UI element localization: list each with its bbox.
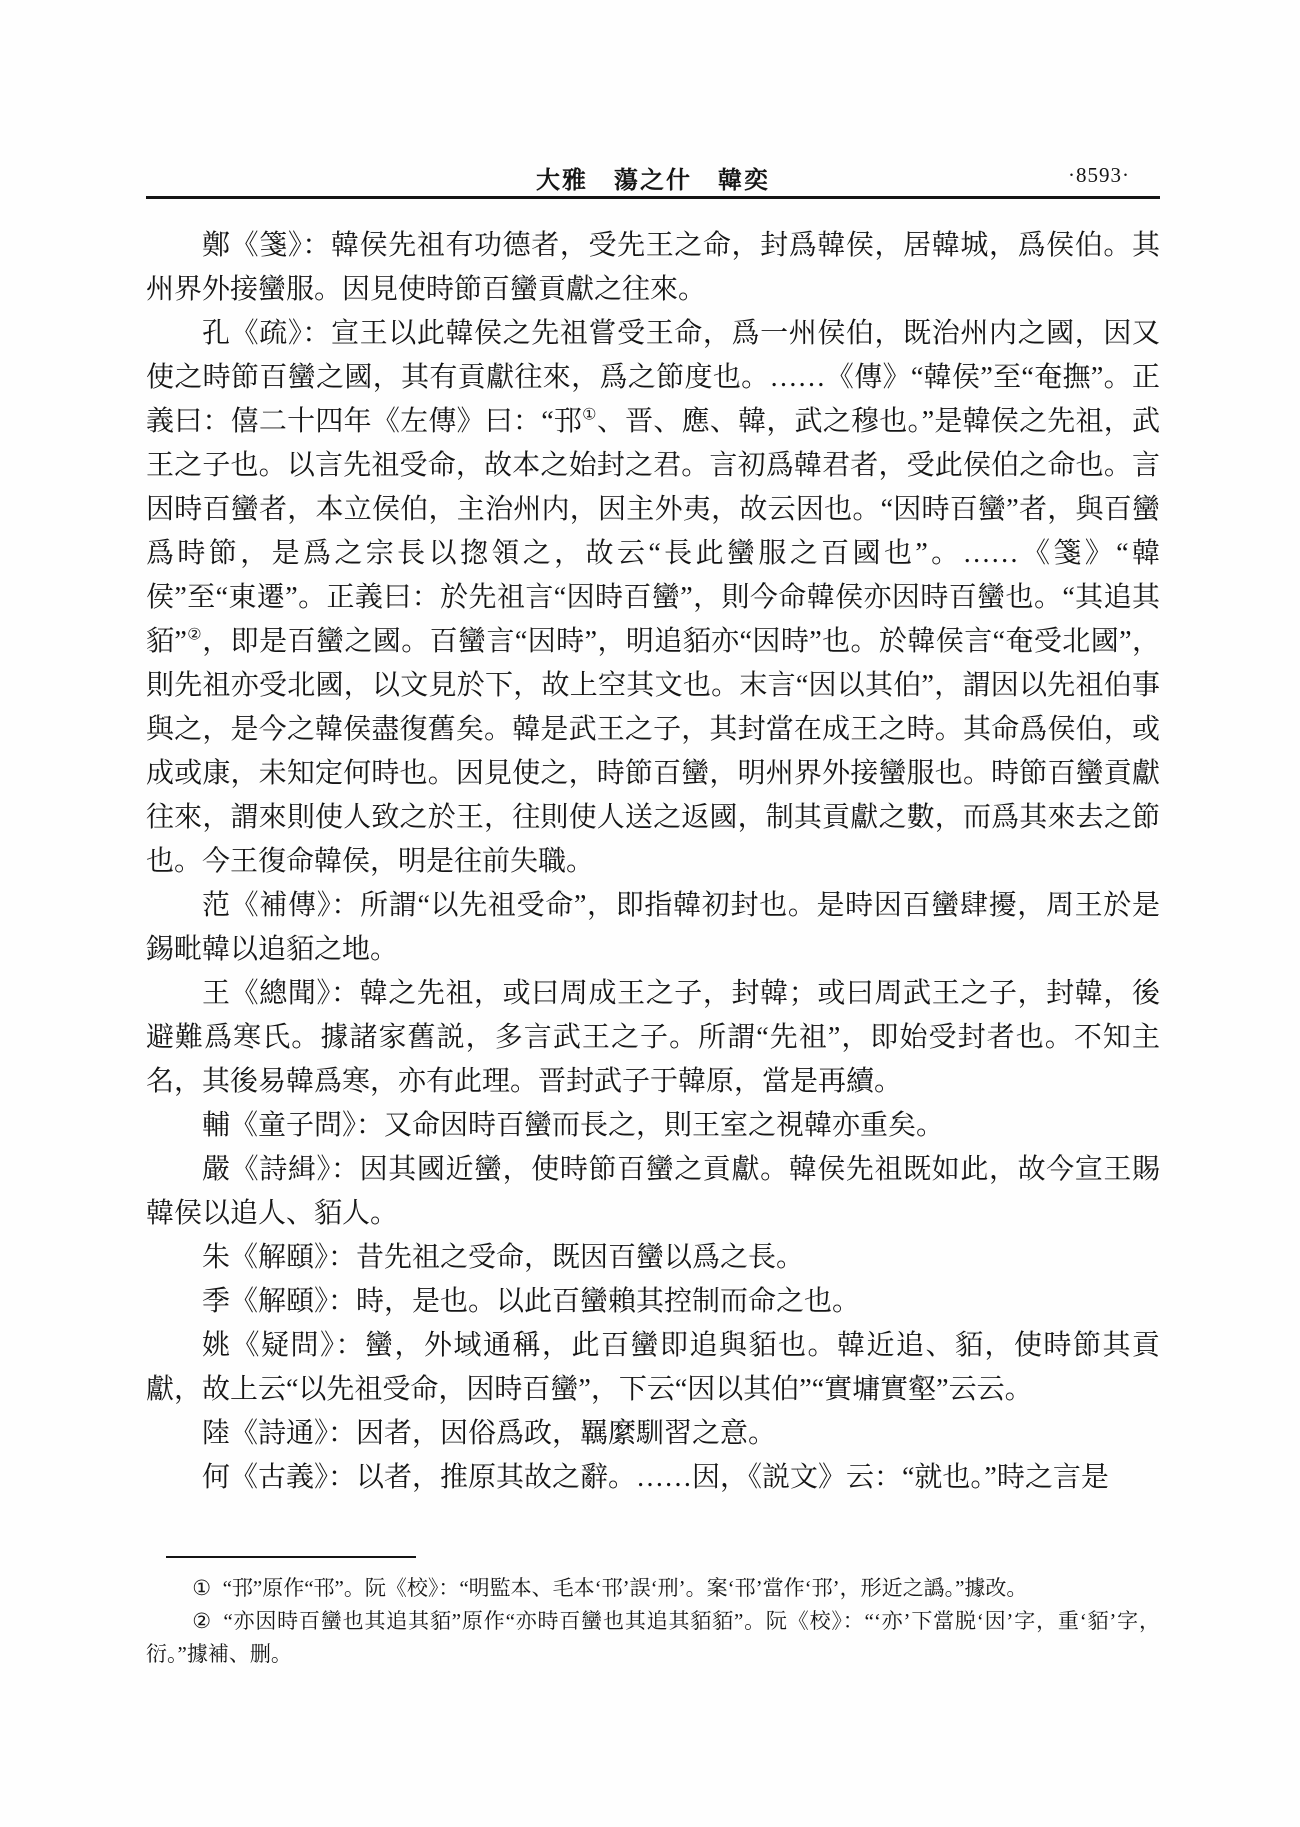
footnote-ref: ②: [187, 626, 202, 644]
footnote: ①“邘”原作“邗”。阮《校》：“明監本、毛本‘邗’誤‘刑’。案‘邗’當作‘邘’，…: [146, 1572, 1160, 1605]
paragraph: 姚《疑問》：蠻，外域通稱，此百蠻即追與貊也。韓近追、貊，使時節其貢獻，故上云“以…: [146, 1324, 1160, 1412]
page-number: ·8593·: [1068, 163, 1130, 188]
body-paragraphs: 鄭《箋》：韓侯先祖有功德者，受先王之命，封爲韓侯，居韓城，爲侯伯。其州界外接蠻服…: [146, 224, 1160, 1500]
footnote-section: ①“邘”原作“邗”。阮《校》：“明監本、毛本‘邗’誤‘刑’。案‘邗’當作‘邘’，…: [146, 1556, 1160, 1671]
paragraph: 朱《解頤》：昔先祖之受命，既因百蠻以爲之長。: [146, 1236, 1160, 1280]
text-column: 大雅 蕩之什 韓奕 ·8593· 鄭《箋》：韓侯先祖有功德者，受先王之命，封爲韓…: [146, 0, 1160, 1671]
footnote-divider: [166, 1556, 416, 1558]
paragraph: 鄭《箋》：韓侯先祖有功德者，受先王之命，封爲韓侯，居韓城，爲侯伯。其州界外接蠻服…: [146, 224, 1160, 312]
paragraph: 王《總聞》：韓之先祖，或曰周成王之子，封韓；或曰周武王之子，封韓，後避難爲寒氏。…: [146, 972, 1160, 1104]
paragraph: 孔《疏》：宣王以此韓侯之先祖嘗受王命，爲一州侯伯，既治州内之國，因又使之時節百蠻…: [146, 312, 1160, 884]
footnote-marker: ②: [192, 1609, 212, 1633]
scanned-page: 大雅 蕩之什 韓奕 ·8593· 鄭《箋》：韓侯先祖有功德者，受先王之命，封爲韓…: [0, 0, 1300, 1827]
running-title: 大雅 蕩之什 韓奕: [146, 160, 1160, 195]
paragraph: 季《解頤》：時，是也。以此百蠻賴其控制而命之也。: [146, 1280, 1160, 1324]
paragraph: 嚴《詩緝》：因其國近蠻，使時節百蠻之貢獻。韓侯先祖既如此，故今宣王賜韓侯以追人、…: [146, 1148, 1160, 1236]
footnote: ②“亦因時百蠻也其追其貊”原作“亦時百蠻也其追其貊貊”。阮《校》：“‘亦’下當脱…: [146, 1605, 1160, 1671]
paragraph: 范《補傳》：所謂“以先祖受命”，即指韓初封也。是時因百蠻肆擾，周王於是錫毗韓以追…: [146, 884, 1160, 972]
footnote-ref: ①: [582, 406, 597, 424]
footnote-list: ①“邘”原作“邗”。阮《校》：“明監本、毛本‘邗’誤‘刑’。案‘邗’當作‘邘’，…: [146, 1572, 1160, 1671]
paragraph: 何《古義》：以者，推原其故之辭。……因，《説文》云：“就也。”時之言是: [146, 1456, 1160, 1500]
running-header: 大雅 蕩之什 韓奕 ·8593·: [146, 158, 1160, 199]
footnote-marker: ①: [192, 1576, 211, 1600]
paragraph: 輔《童子問》：又命因時百蠻而長之，則王室之視韓亦重矣。: [146, 1104, 1160, 1148]
paragraph: 陸《詩通》：因者，因俗爲政，羈縻馴習之意。: [146, 1412, 1160, 1456]
